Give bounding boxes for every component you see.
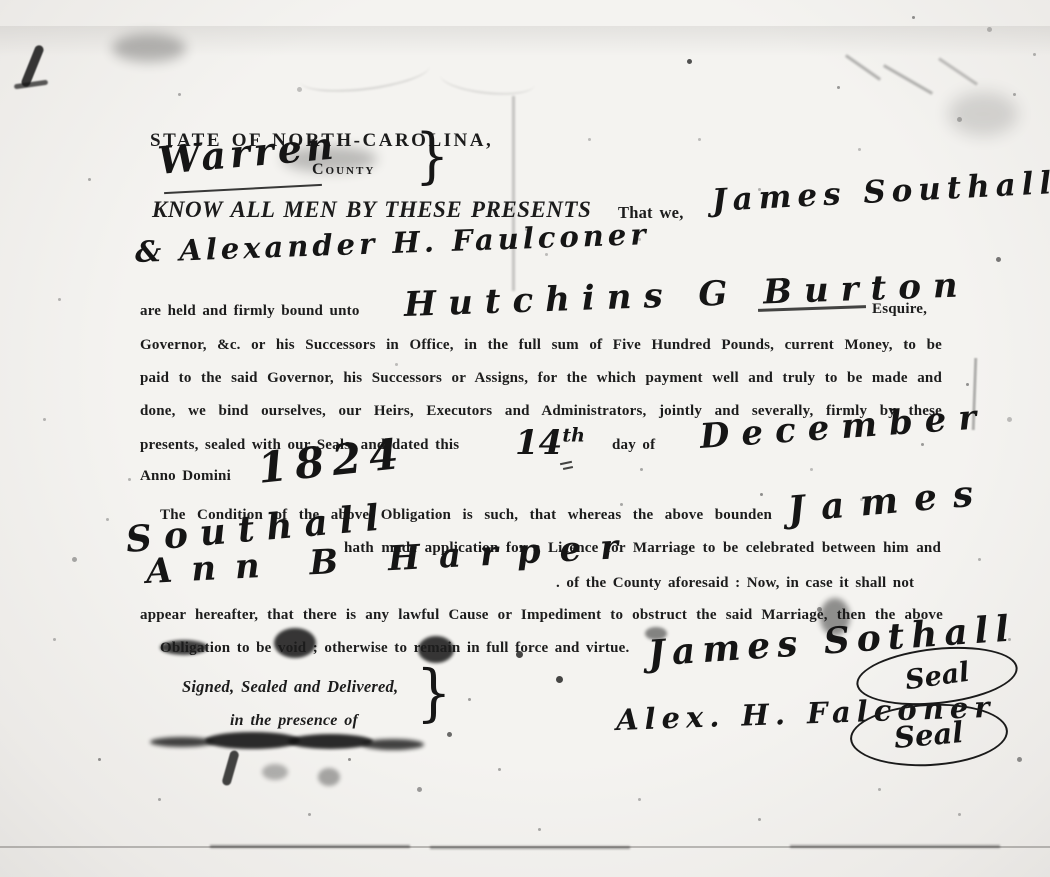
esquire-label: Esquire,: [872, 301, 927, 318]
bound-unto-text: are held and firmly bound unto: [140, 303, 360, 320]
handwriting-underline: [164, 184, 322, 194]
ink-stroke-top-left: [14, 80, 48, 90]
ink-smear: [205, 732, 300, 749]
ghost-hatching: [845, 54, 881, 81]
paper-speckles: [0, 0, 3, 3]
principal-name-handwritten: James Southall: [711, 168, 1050, 217]
ink-smear: [288, 734, 373, 749]
header-brace: }: [415, 126, 449, 186]
body-line-2: paid to the said Governor, his Successor…: [140, 370, 942, 387]
day-handwritten: 14th: [515, 426, 585, 460]
scanned-marriage-bond-document: STATE OF NORTH-CAROLINA, Warren County }…: [0, 0, 1050, 877]
seal-1-label: Seal: [903, 656, 971, 696]
fold-line-dark-segment: [790, 845, 1000, 848]
groom-first-name-handwritten: James: [786, 474, 990, 527]
document-title: KNOW ALL MEN BY THESE PRESENTS: [152, 197, 591, 223]
smudge: [948, 92, 1018, 136]
ghost-hatching: [883, 64, 933, 95]
day-of-label: day of: [612, 437, 655, 454]
presence-label: in the presence of: [230, 712, 358, 730]
fold-line-dark-segment: [210, 845, 410, 848]
ink-smear: [362, 739, 424, 750]
smudge: [112, 34, 186, 62]
fold-line-dark-segment: [430, 846, 630, 849]
handwriting-flourish: [563, 466, 573, 470]
anno-domini-label: Anno Domini: [140, 468, 231, 485]
crease-mark: [512, 96, 515, 291]
surety-name-handwritten: & Alexander H. Faulconer: [134, 220, 650, 267]
day-number: 14: [515, 423, 562, 463]
ink-stroke-bottom-left: [221, 749, 240, 786]
ghost-writing: [299, 50, 432, 98]
execution-brace: }: [416, 662, 452, 724]
smudge: [318, 768, 340, 786]
obligation-void-line: Obligation to be void ; otherwise to rem…: [160, 640, 629, 657]
seal-2-label: Seal: [893, 715, 965, 755]
day-suffix: th: [562, 425, 585, 447]
county-aforesaid-line: . of the County aforesaid : Now, in case…: [556, 575, 914, 592]
signed-sealed-label: Signed, Sealed and Delivered,: [182, 677, 398, 697]
year-handwritten: 1824: [256, 433, 408, 490]
ghost-hatching: [938, 57, 978, 85]
ghost-writing: [439, 61, 536, 99]
county-label: County: [312, 161, 375, 179]
body-line-1: Governor, &c. or his Successors in Offic…: [140, 337, 942, 354]
smudge: [262, 764, 288, 780]
